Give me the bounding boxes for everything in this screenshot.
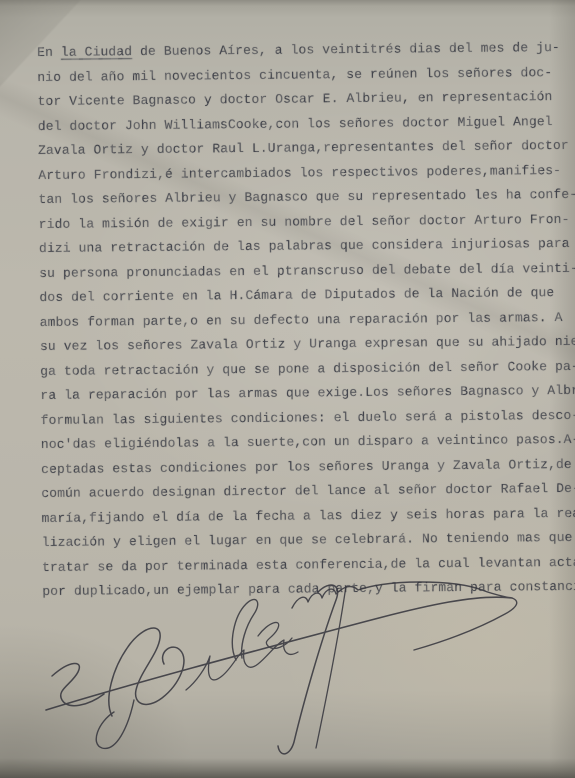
document-photo: En la Ciudad de Buenos Aíres, a los vein… bbox=[0, 0, 575, 778]
underlined-phrase: la Ciudad bbox=[61, 44, 132, 60]
document-body: En la Ciudad de Buenos Aíres, a los vein… bbox=[37, 35, 575, 604]
text-line: por duplicado,un ejemplar para cada part… bbox=[42, 574, 575, 604]
